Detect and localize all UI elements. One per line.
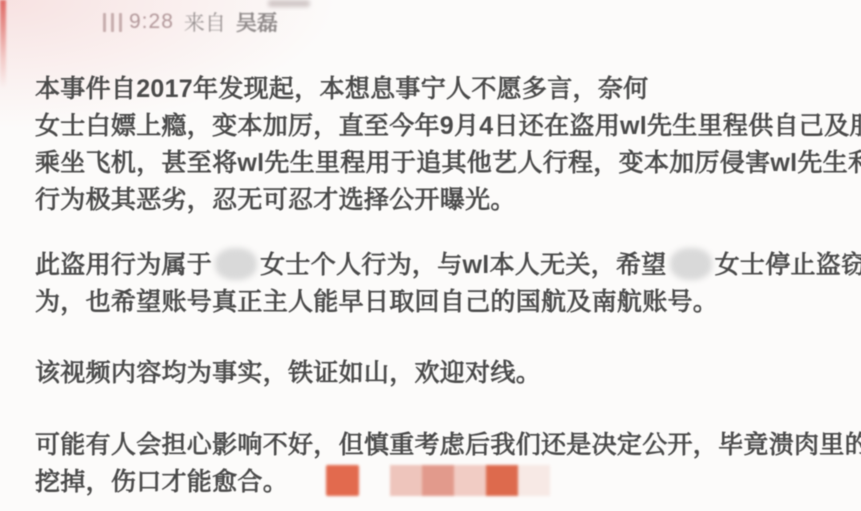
paragraph-2: 此盗用行为属于女士个人行为，与wl本人无关，希望女士停止盗窃行 为，也希望账号真… (35, 247, 845, 321)
text-segment: 女士停止盗窃行 (715, 251, 861, 279)
text-line: 该视频内容均为事实，铁证如山，欢迎对线。 (35, 355, 845, 392)
text-line: 乘坐飞机，甚至将wl先生里程用于追其他艺人行程，变本加厉侵害wl先生利益， (35, 145, 845, 182)
post-body: 本事件自2017年发现起，本想息事宁人不愿多言，奈何 女士白嫖上瘾，变本加厉，直… (35, 71, 845, 501)
post-screenshot: 9:28 来自 吴磊 本事件自2017年发现起，本想息事宁人不愿多言，奈何 女士… (0, 0, 861, 511)
source-name-link[interactable]: 吴磊 (236, 7, 278, 37)
redacted-sticker-strip (390, 465, 550, 496)
left-edge-red-artifact (0, 0, 6, 88)
paragraph-1: 本事件自2017年发现起，本想息事宁人不愿多言，奈何 女士白嫖上瘾，变本加厉，直… (35, 71, 845, 219)
strip-segment (518, 465, 550, 496)
source-label: 来自 (184, 7, 226, 37)
redacted-sticker-single (326, 465, 359, 496)
paragraph-4: 可能有人会担心影响不好，但慎重考虑后我们还是决定公开，毕竟溃肉里的蛀虫 挖掉，伤… (35, 427, 845, 501)
strip-segment (390, 465, 422, 496)
redacted-stickers (288, 465, 550, 502)
paragraph-3: 该视频内容均为事实，铁证如山，欢迎对线。 (35, 355, 845, 392)
redacted-name-blob (215, 248, 257, 280)
text-line: 此盗用行为属于女士个人行为，与wl本人无关，希望女士停止盗窃行 (35, 247, 845, 284)
top-crop-artifact (268, 0, 310, 7)
text-line: 行为极其恶劣，忍无可忍才选择公开曝光。 (35, 182, 845, 219)
text-segment: 女士个人行为，与wl本人无关，希望 (260, 251, 667, 279)
text-segment: 此盗用行为属于 (35, 251, 212, 279)
strip-segment (422, 465, 454, 496)
blurred-marks (103, 13, 122, 32)
strip-segment (454, 465, 486, 496)
text-line: 挖掉，伤口才能愈合。 (35, 464, 845, 501)
text-line: 为，也希望账号真正主人能早日取回自己的国航及南航账号。 (35, 284, 845, 321)
redacted-name-blob (670, 248, 712, 280)
text-line: 本事件自2017年发现起，本想息事宁人不愿多言，奈何 (35, 71, 845, 108)
text-line: 女士白嫖上瘾，变本加厉，直至今年9月4日还在盗用wl先生里程供自己及朋友们 (35, 108, 845, 145)
strip-segment (486, 465, 518, 496)
text-line: 可能有人会担心影响不好，但慎重考虑后我们还是决定公开，毕竟溃肉里的蛀虫 (35, 427, 845, 464)
post-meta-header: 9:28 来自 吴磊 (103, 7, 278, 37)
text-segment: 挖掉，伤口才能愈合。 (35, 468, 288, 496)
timestamp: 9:28 (129, 10, 174, 34)
